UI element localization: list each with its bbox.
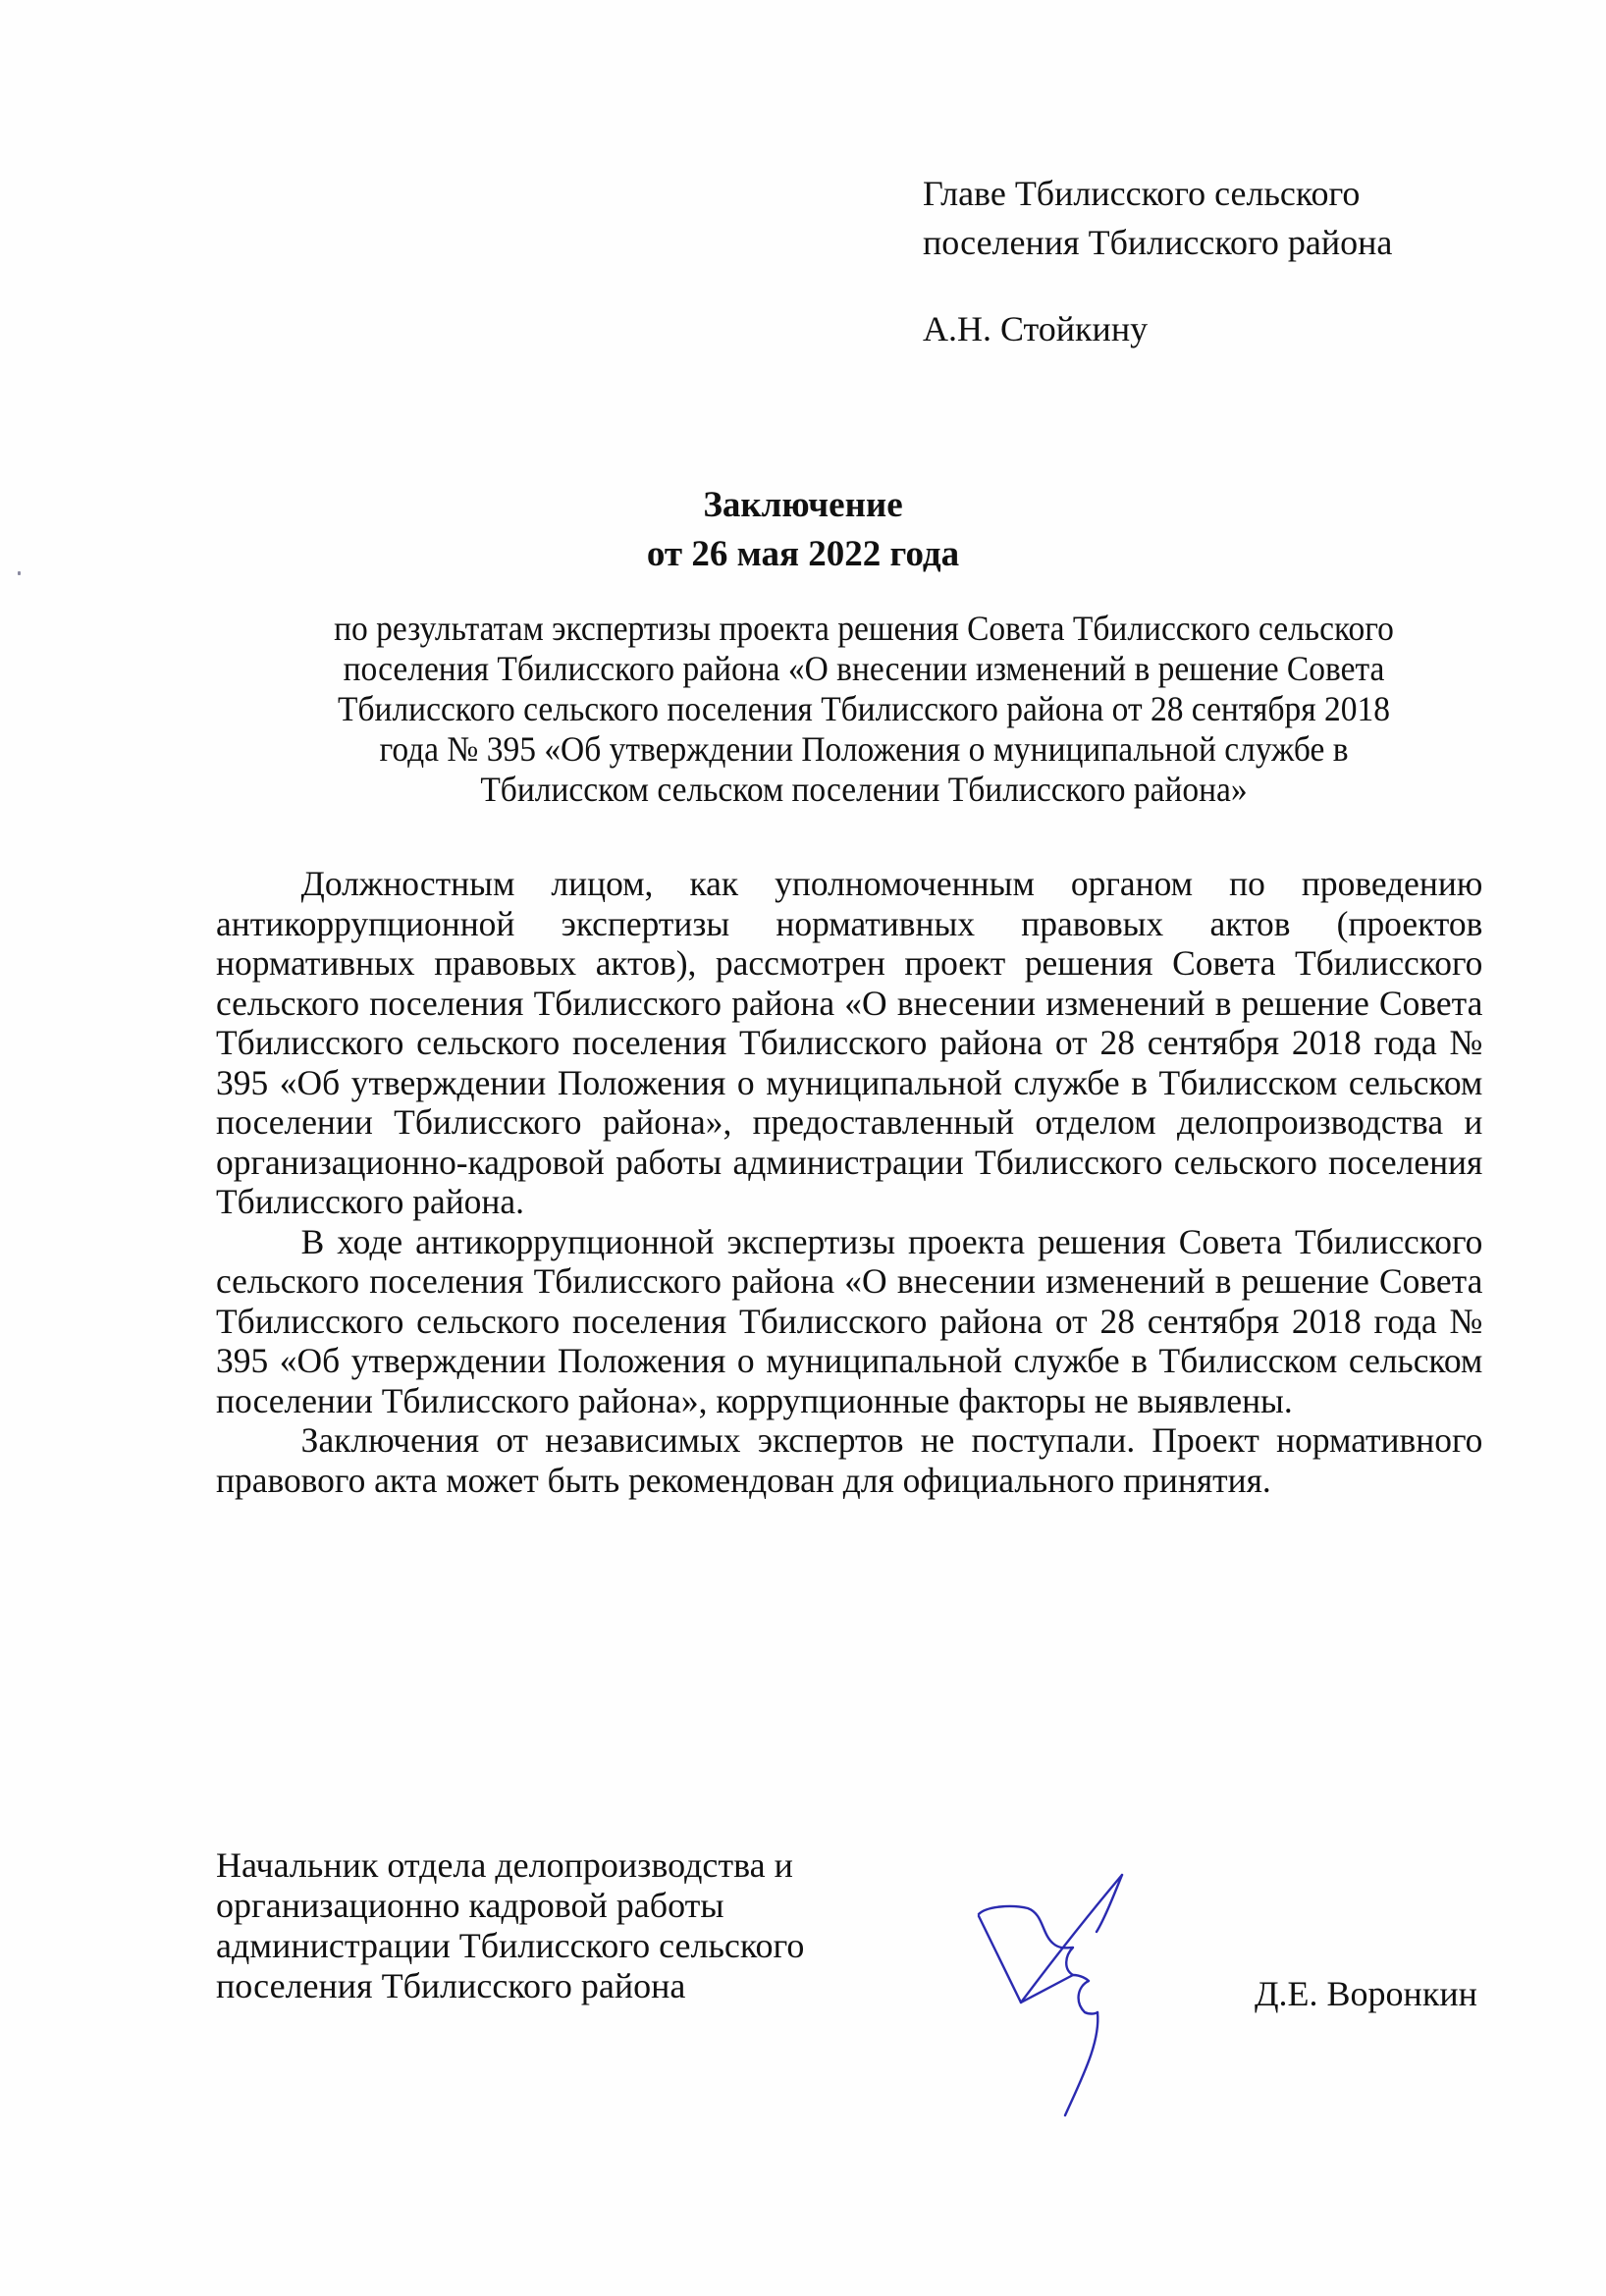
document-title: Заключение от 26 мая 2022 года: [0, 481, 1606, 579]
addressee-line: Главе Тбилисского сельского: [923, 169, 1392, 218]
position-line: Начальник отдела делопроизводства и: [216, 1845, 804, 1886]
subject-line: года № 395 «Об утверждении Положения о м…: [271, 729, 1458, 770]
subject-line: поселения Тбилисского района «О внесении…: [271, 649, 1458, 689]
signer-position: Начальник отдела делопроизводства и орга…: [216, 1845, 804, 2006]
addressee-name: А.Н. Стойкину: [923, 304, 1392, 353]
addressee-line: поселения Тбилисского района: [923, 218, 1392, 267]
body-paragraph: Должностным лицом, как уполномоченным ор…: [216, 864, 1482, 1222]
position-line: организационно кадровой работы: [216, 1886, 804, 1926]
addressee-block: Главе Тбилисского сельского поселения Тб…: [923, 169, 1392, 353]
position-line: поселения Тбилисского района: [216, 1966, 804, 2006]
handwritten-signature-icon: [967, 1865, 1144, 2120]
document-body: Должностным лицом, как уполномоченным ор…: [216, 864, 1482, 1500]
scanned-document-page: Главе Тбилисского сельского поселения Тб…: [0, 0, 1606, 2296]
document-date: от 26 мая 2022 года: [0, 530, 1606, 579]
body-paragraph: Заключения от независимых экспертов не п…: [216, 1420, 1482, 1500]
document-heading: Заключение: [0, 481, 1606, 530]
body-paragraph: В ходе антикоррупционной экспертизы прое…: [216, 1222, 1482, 1421]
document-subject: по результатам экспертизы проекта решени…: [271, 609, 1458, 810]
subject-line: по результатам экспертизы проекта решени…: [271, 609, 1458, 649]
subject-line: Тбилисского сельского поселения Тбилисск…: [271, 689, 1458, 729]
position-line: администрации Тбилисского сельского: [216, 1926, 804, 1966]
signer-name: Д.Е. Воронкин: [1255, 1974, 1477, 2014]
subject-line: Тбилисском сельском поселении Тбилисског…: [271, 770, 1458, 810]
